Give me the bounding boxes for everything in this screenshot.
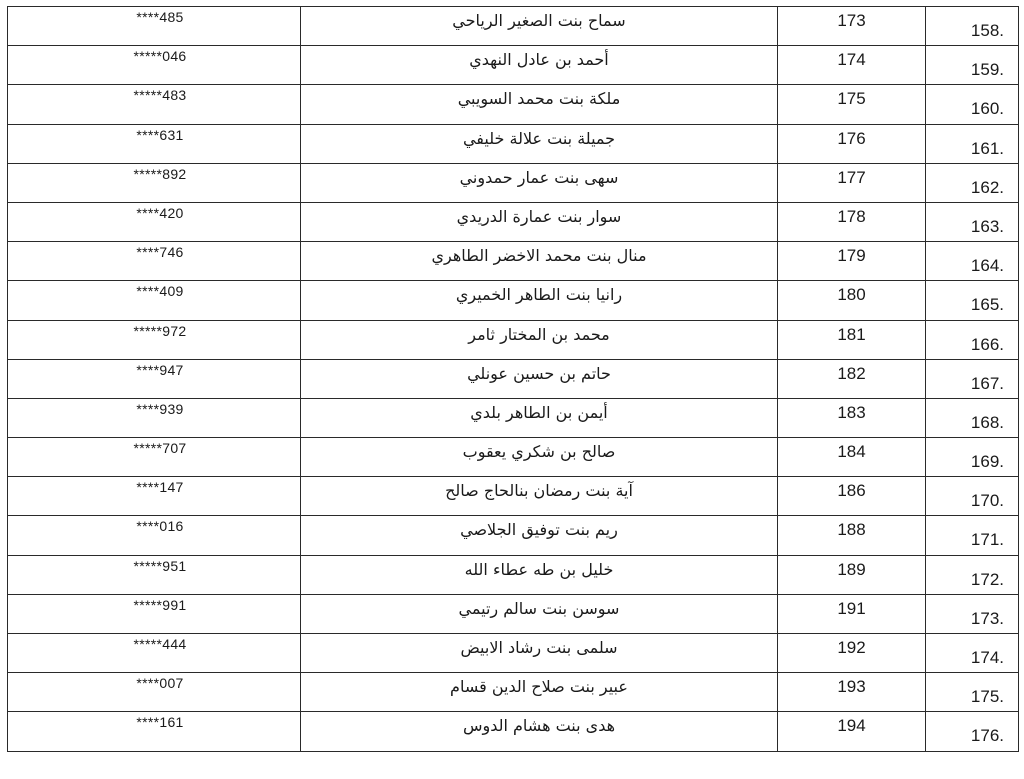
person-name: ملكة بنت محمد السويبي bbox=[458, 89, 621, 108]
index-cell: 165. bbox=[926, 281, 1019, 320]
name-cell: جميلة بنت علالة خليفي bbox=[301, 124, 778, 163]
table-row: *****951 خليل بن طه عطاء الله 189 172. bbox=[8, 555, 1019, 594]
row-index: 166. bbox=[971, 335, 1004, 355]
masked-id: ****631 bbox=[136, 127, 183, 143]
table-row: ****420 سوار بنت عمارة الدريدي 178 163. bbox=[8, 202, 1019, 241]
index-cell: 175. bbox=[926, 673, 1019, 712]
registration-number: 189 bbox=[837, 560, 865, 580]
number-cell: 186 bbox=[778, 477, 926, 516]
registration-number: 173 bbox=[837, 11, 865, 31]
number-cell: 175 bbox=[778, 85, 926, 124]
masked-id-cell: *****991 bbox=[8, 594, 301, 633]
index-cell: 161. bbox=[926, 124, 1019, 163]
row-index: 160. bbox=[971, 99, 1004, 119]
registration-number: 175 bbox=[837, 89, 865, 109]
registration-number: 174 bbox=[837, 50, 865, 70]
index-cell: 168. bbox=[926, 398, 1019, 437]
masked-id: *****483 bbox=[134, 87, 187, 103]
row-index: 164. bbox=[971, 256, 1004, 276]
index-cell: 158. bbox=[926, 7, 1019, 46]
registration-number: 183 bbox=[837, 403, 865, 423]
name-cell: أحمد بن عادل النهدي bbox=[301, 46, 778, 85]
table-row: ****746 منال بنت محمد الاخضر الطاهري 179… bbox=[8, 242, 1019, 281]
registration-number: 188 bbox=[837, 520, 865, 540]
table-row: ****016 ريم بنت توفيق الجلاصي 188 171. bbox=[8, 516, 1019, 555]
table-row: ****161 هدى بنت هشام الدوس 194 176. bbox=[8, 712, 1019, 751]
table-row: ****147 آية بنت رمضان بنالحاج صالح 186 1… bbox=[8, 477, 1019, 516]
registration-number: 179 bbox=[837, 246, 865, 266]
masked-id-cell: *****892 bbox=[8, 163, 301, 202]
table-row: ****007 عبير بنت صلاح الدين قسام 193 175… bbox=[8, 673, 1019, 712]
masked-id: ****485 bbox=[136, 9, 183, 25]
registration-number: 184 bbox=[837, 442, 865, 462]
masked-id-cell: ****631 bbox=[8, 124, 301, 163]
table-row: *****046 أحمد بن عادل النهدي 174 159. bbox=[8, 46, 1019, 85]
index-cell: 169. bbox=[926, 438, 1019, 477]
table-row: *****444 سلمى بنت رشاد الابيض 192 174. bbox=[8, 634, 1019, 673]
index-cell: 172. bbox=[926, 555, 1019, 594]
person-name: أيمن بن الطاهر بلدي bbox=[470, 403, 607, 422]
masked-id-cell: ****147 bbox=[8, 477, 301, 516]
registration-number: 192 bbox=[837, 638, 865, 658]
number-cell: 189 bbox=[778, 555, 926, 594]
person-name: هدى بنت هشام الدوس bbox=[463, 716, 615, 735]
person-name: منال بنت محمد الاخضر الطاهري bbox=[431, 246, 646, 265]
index-cell: 173. bbox=[926, 594, 1019, 633]
index-cell: 167. bbox=[926, 359, 1019, 398]
registration-number: 186 bbox=[837, 481, 865, 501]
index-cell: 163. bbox=[926, 202, 1019, 241]
masked-id: *****892 bbox=[134, 166, 187, 182]
masked-id-cell: ****420 bbox=[8, 202, 301, 241]
masked-id-cell: *****444 bbox=[8, 634, 301, 673]
masked-id: *****046 bbox=[134, 48, 187, 64]
person-name: خليل بن طه عطاء الله bbox=[465, 560, 614, 579]
masked-id: ****420 bbox=[136, 205, 183, 221]
number-cell: 188 bbox=[778, 516, 926, 555]
row-index: 163. bbox=[971, 217, 1004, 237]
index-cell: 174. bbox=[926, 634, 1019, 673]
row-index: 171. bbox=[971, 530, 1004, 550]
person-name: سماح بنت الصغير الرياحي bbox=[452, 11, 625, 30]
name-cell: ملكة بنت محمد السويبي bbox=[301, 85, 778, 124]
masked-id-cell: *****972 bbox=[8, 320, 301, 359]
masked-id-cell: *****707 bbox=[8, 438, 301, 477]
row-index: 170. bbox=[971, 491, 1004, 511]
registration-number: 193 bbox=[837, 677, 865, 697]
row-index: 167. bbox=[971, 374, 1004, 394]
registration-number: 177 bbox=[837, 168, 865, 188]
name-cell: هدى بنت هشام الدوس bbox=[301, 712, 778, 751]
number-cell: 184 bbox=[778, 438, 926, 477]
masked-id: ****947 bbox=[136, 362, 183, 378]
number-cell: 174 bbox=[778, 46, 926, 85]
number-cell: 177 bbox=[778, 163, 926, 202]
number-cell: 192 bbox=[778, 634, 926, 673]
index-cell: 160. bbox=[926, 85, 1019, 124]
number-cell: 183 bbox=[778, 398, 926, 437]
person-name: سلمى بنت رشاد الابيض bbox=[460, 638, 617, 657]
masked-id: ****147 bbox=[136, 479, 183, 495]
index-cell: 166. bbox=[926, 320, 1019, 359]
masked-id-cell: *****951 bbox=[8, 555, 301, 594]
table-row: *****483 ملكة بنت محمد السويبي 175 160. bbox=[8, 85, 1019, 124]
table-body: ****485 سماح بنت الصغير الرياحي 173 158.… bbox=[8, 7, 1019, 752]
row-index: 176. bbox=[971, 726, 1004, 746]
index-cell: 176. bbox=[926, 712, 1019, 751]
row-index: 158. bbox=[971, 21, 1004, 41]
table-row: ****631 جميلة بنت علالة خليفي 176 161. bbox=[8, 124, 1019, 163]
table-row: *****991 سوسن بنت سالم رتيمي 191 173. bbox=[8, 594, 1019, 633]
registration-number: 191 bbox=[837, 599, 865, 619]
names-table: ****485 سماح بنت الصغير الرياحي 173 158.… bbox=[7, 6, 1019, 752]
person-name: حاتم بن حسين عونلي bbox=[467, 364, 611, 383]
index-cell: 159. bbox=[926, 46, 1019, 85]
registration-number: 178 bbox=[837, 207, 865, 227]
name-cell: خليل بن طه عطاء الله bbox=[301, 555, 778, 594]
row-index: 172. bbox=[971, 570, 1004, 590]
index-cell: 170. bbox=[926, 477, 1019, 516]
table-row: *****707 صالح بن شكري يعقوب 184 169. bbox=[8, 438, 1019, 477]
masked-id: *****707 bbox=[134, 440, 187, 456]
row-index: 174. bbox=[971, 648, 1004, 668]
name-cell: آية بنت رمضان بنالحاج صالح bbox=[301, 477, 778, 516]
table-row: ****485 سماح بنت الصغير الرياحي 173 158. bbox=[8, 7, 1019, 46]
table-row: *****892 سهى بنت عمار حمدوني 177 162. bbox=[8, 163, 1019, 202]
masked-id: *****991 bbox=[134, 597, 187, 613]
row-index: 175. bbox=[971, 687, 1004, 707]
name-cell: عبير بنت صلاح الدين قسام bbox=[301, 673, 778, 712]
registration-number: 176 bbox=[837, 129, 865, 149]
masked-id-cell: ****746 bbox=[8, 242, 301, 281]
name-cell: سوار بنت عمارة الدريدي bbox=[301, 202, 778, 241]
registration-number: 180 bbox=[837, 285, 865, 305]
masked-id-cell: ****485 bbox=[8, 7, 301, 46]
person-name: سهى بنت عمار حمدوني bbox=[460, 168, 619, 187]
masked-id-cell: *****046 bbox=[8, 46, 301, 85]
row-index: 159. bbox=[971, 60, 1004, 80]
masked-id: ****007 bbox=[136, 675, 183, 691]
row-index: 168. bbox=[971, 413, 1004, 433]
masked-id: *****972 bbox=[134, 323, 187, 339]
number-cell: 182 bbox=[778, 359, 926, 398]
masked-id: ****939 bbox=[136, 401, 183, 417]
number-cell: 180 bbox=[778, 281, 926, 320]
registration-number: 182 bbox=[837, 364, 865, 384]
person-name: سوار بنت عمارة الدريدي bbox=[457, 207, 622, 226]
number-cell: 179 bbox=[778, 242, 926, 281]
number-cell: 191 bbox=[778, 594, 926, 633]
index-cell: 162. bbox=[926, 163, 1019, 202]
name-cell: صالح بن شكري يعقوب bbox=[301, 438, 778, 477]
name-cell: سوسن بنت سالم رتيمي bbox=[301, 594, 778, 633]
row-index: 173. bbox=[971, 609, 1004, 629]
registration-number: 181 bbox=[837, 325, 865, 345]
table-row: ****409 رانيا بنت الطاهر الخميري 180 165… bbox=[8, 281, 1019, 320]
masked-id: ****161 bbox=[136, 714, 183, 730]
masked-id-cell: ****947 bbox=[8, 359, 301, 398]
document-sheet: ****485 سماح بنت الصغير الرياحي 173 158.… bbox=[7, 6, 1017, 752]
person-name: أحمد بن عادل النهدي bbox=[469, 50, 609, 69]
person-name: جميلة بنت علالة خليفي bbox=[463, 129, 615, 148]
masked-id-cell: ****161 bbox=[8, 712, 301, 751]
person-name: ريم بنت توفيق الجلاصي bbox=[460, 520, 618, 539]
person-name: آية بنت رمضان بنالحاج صالح bbox=[445, 481, 633, 500]
table-row: ****939 أيمن بن الطاهر بلدي 183 168. bbox=[8, 398, 1019, 437]
table-row: *****972 محمد بن المختار ثامر 181 166. bbox=[8, 320, 1019, 359]
number-cell: 178 bbox=[778, 202, 926, 241]
masked-id: ****016 bbox=[136, 518, 183, 534]
name-cell: سلمى بنت رشاد الابيض bbox=[301, 634, 778, 673]
number-cell: 193 bbox=[778, 673, 926, 712]
name-cell: رانيا بنت الطاهر الخميري bbox=[301, 281, 778, 320]
name-cell: محمد بن المختار ثامر bbox=[301, 320, 778, 359]
index-cell: 171. bbox=[926, 516, 1019, 555]
number-cell: 176 bbox=[778, 124, 926, 163]
number-cell: 181 bbox=[778, 320, 926, 359]
name-cell: ريم بنت توفيق الجلاصي bbox=[301, 516, 778, 555]
masked-id: ****409 bbox=[136, 283, 183, 299]
table-row: ****947 حاتم بن حسين عونلي 182 167. bbox=[8, 359, 1019, 398]
masked-id: ****746 bbox=[136, 244, 183, 260]
row-index: 169. bbox=[971, 452, 1004, 472]
number-cell: 173 bbox=[778, 7, 926, 46]
index-cell: 164. bbox=[926, 242, 1019, 281]
person-name: رانيا بنت الطاهر الخميري bbox=[456, 285, 622, 304]
masked-id-cell: ****016 bbox=[8, 516, 301, 555]
number-cell: 194 bbox=[778, 712, 926, 751]
masked-id-cell: ****409 bbox=[8, 281, 301, 320]
masked-id: *****951 bbox=[134, 558, 187, 574]
person-name: سوسن بنت سالم رتيمي bbox=[459, 599, 620, 618]
name-cell: سهى بنت عمار حمدوني bbox=[301, 163, 778, 202]
row-index: 165. bbox=[971, 295, 1004, 315]
registration-number: 194 bbox=[837, 716, 865, 736]
row-index: 161. bbox=[971, 139, 1004, 159]
person-name: محمد بن المختار ثامر bbox=[468, 325, 610, 344]
name-cell: حاتم بن حسين عونلي bbox=[301, 359, 778, 398]
person-name: صالح بن شكري يعقوب bbox=[463, 442, 616, 461]
masked-id-cell: ****939 bbox=[8, 398, 301, 437]
row-index: 162. bbox=[971, 178, 1004, 198]
person-name: عبير بنت صلاح الدين قسام bbox=[450, 677, 628, 696]
masked-id: *****444 bbox=[134, 636, 187, 652]
name-cell: منال بنت محمد الاخضر الطاهري bbox=[301, 242, 778, 281]
name-cell: سماح بنت الصغير الرياحي bbox=[301, 7, 778, 46]
name-cell: أيمن بن الطاهر بلدي bbox=[301, 398, 778, 437]
masked-id-cell: *****483 bbox=[8, 85, 301, 124]
masked-id-cell: ****007 bbox=[8, 673, 301, 712]
